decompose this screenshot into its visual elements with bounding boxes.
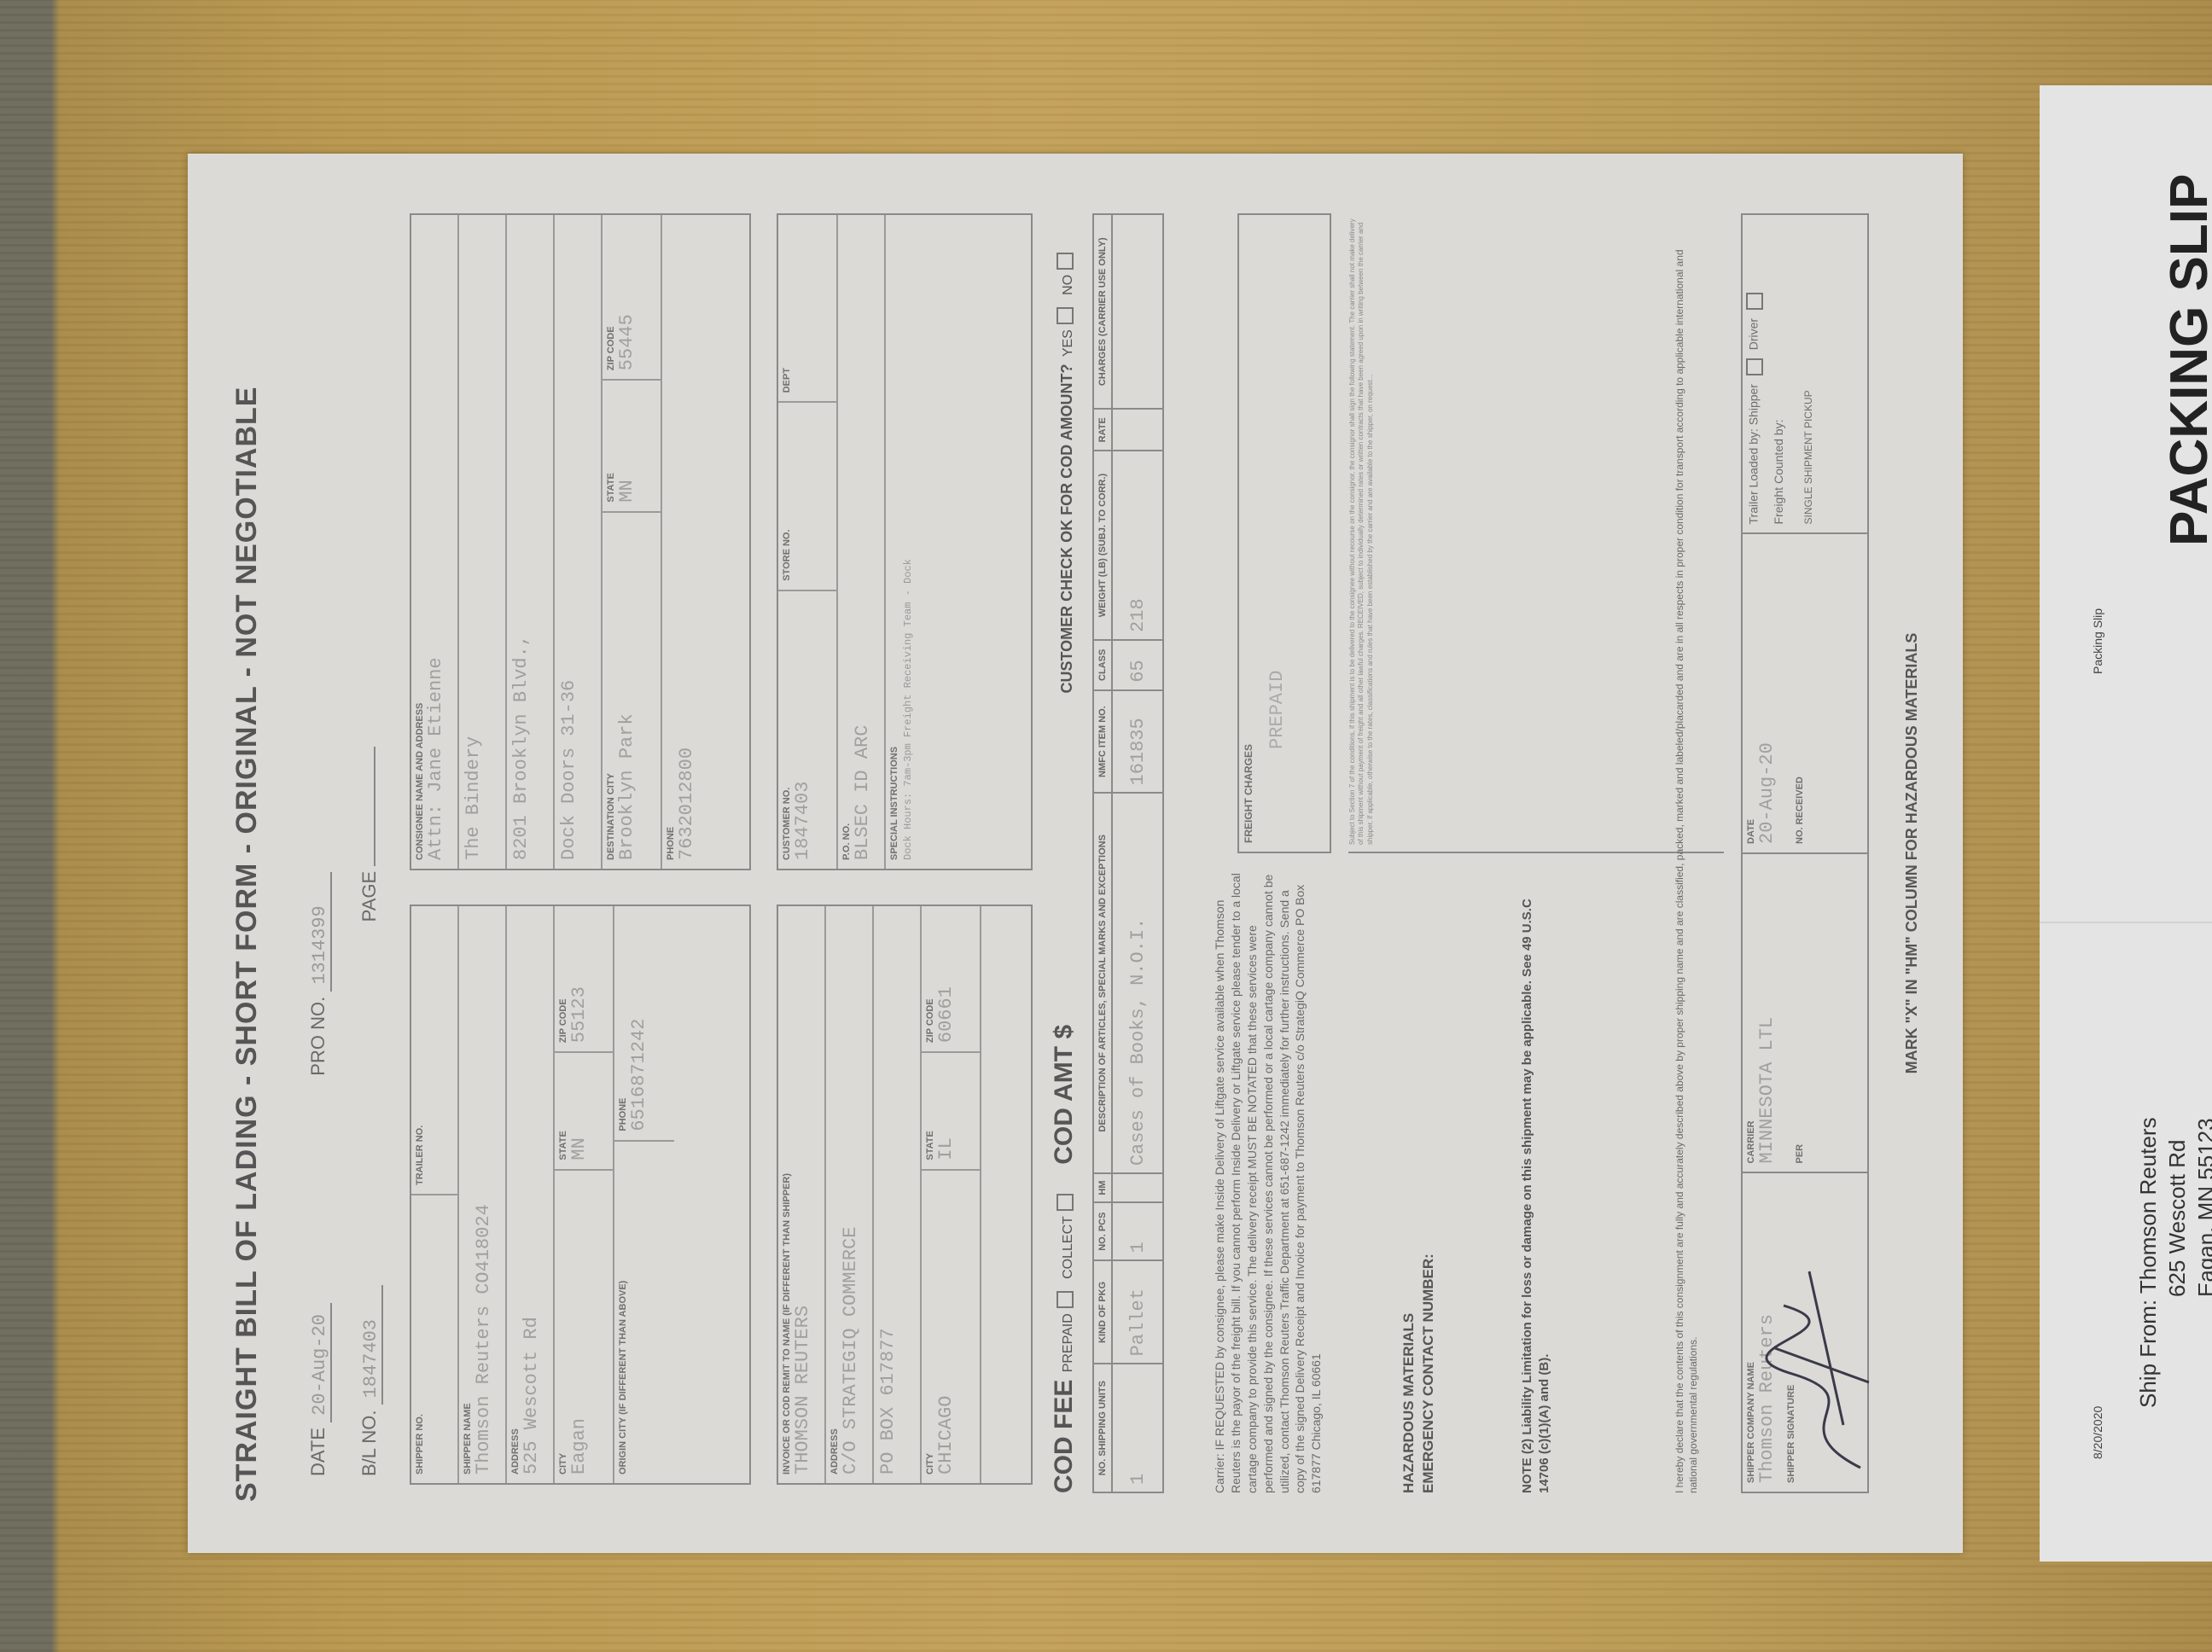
field-label: PHONE — [666, 224, 676, 860]
field-value: MN — [568, 1137, 590, 1160]
table-cell: 218 — [1112, 451, 1163, 640]
hazmat-label: HAZARDOUS MATERIALS EMERGENCY CONTACT NU… — [1400, 870, 1439, 1493]
field-value: Brooklyn Park — [616, 713, 637, 860]
packing-slip-header: Packing Slip — [2091, 608, 2104, 674]
field-value: 1847403 — [792, 782, 813, 860]
loaded-by-shipper-checkbox[interactable] — [1746, 358, 1763, 375]
field-value: C/O STRATEGIQ COMMERCE — [840, 1227, 861, 1475]
field-label: STORE NO. — [782, 411, 792, 580]
freight-charges-value: PREPAID — [1258, 215, 1296, 852]
field-value: THOMSON REUTERS — [792, 1306, 813, 1475]
date-row: DATE 20-Aug-20 PRO NO. 1314399 — [307, 872, 332, 1476]
packing-slip-sheet: Packing Slip PACKING SLIP 8/20/2020 Ship… — [2040, 85, 2212, 1562]
shipper-name: Thomson Reuters CO418024 — [473, 1204, 494, 1475]
customer-box: CUSTOMER NO.1847403 STORE NO. DEPT P.O. … — [777, 213, 1033, 870]
shipper-box: SHIPPER NO. TRAILER NO. SHIPPER NAMEThom… — [410, 905, 751, 1485]
field-label: PHONE — [618, 915, 628, 1131]
invoice-remit-box: INVOICE OR COD REMIT TO NAME (IF DIFFERE… — [777, 905, 1033, 1485]
field-label: ZIP CODE — [925, 915, 935, 1043]
field-label: PER — [1795, 863, 1805, 1164]
field-label: CONSIGNEE NAME AND ADDRESS — [415, 224, 425, 860]
table-cell: 1 — [1112, 1202, 1163, 1261]
field-label: STATE — [558, 1062, 568, 1160]
field-value: 6516871242 — [628, 1019, 649, 1131]
field-value: 60661 — [935, 986, 957, 1043]
hazmat-footer: MARK "X" IN "HM" COLUMN FOR HAZARDOUS MA… — [1903, 154, 1921, 1553]
cod-no-checkbox[interactable] — [1057, 253, 1074, 270]
field-label: STATE — [606, 389, 616, 502]
table-cell: 1 — [1112, 1364, 1163, 1492]
field-value: IL — [935, 1137, 957, 1160]
field-label: DESTINATION CITY — [606, 521, 616, 860]
column-header: NO. PCS — [1093, 1202, 1112, 1261]
field-label: ADDRESS — [829, 915, 840, 1475]
loaded-by-driver-checkbox[interactable] — [1746, 293, 1763, 310]
field-value: BLSEC ID ARC — [852, 725, 873, 860]
handwritten-signature — [1758, 1254, 1877, 1476]
prepaid-checkbox[interactable] — [1057, 1291, 1074, 1308]
field-label: ZIP CODE — [606, 224, 616, 370]
field-label: P.O. NO. — [841, 224, 852, 860]
pro-no-value: 1314399 — [309, 872, 332, 992]
bill-of-lading-sheet: STRAIGHT BILL OF LADING - SHORT FORM - O… — [188, 154, 1963, 1553]
field-value: CHICAGO — [935, 1396, 957, 1475]
items-table: NO. SHIPPING UNITSKIND OF PKGNO. PCSHMDE… — [1092, 213, 1164, 1493]
field-label: SHIPPER NAME — [463, 915, 473, 1475]
table-cell — [1112, 1173, 1163, 1202]
field-value: 55445 — [616, 314, 637, 370]
consignee-box: CONSIGNEE NAME AND ADDRESSAttn: Jane Eti… — [410, 213, 751, 870]
bl-no-value: 1847403 — [360, 1285, 383, 1405]
field-label: DATE — [1746, 544, 1756, 845]
table-cell: 65 — [1112, 640, 1163, 690]
column-header: DESCRIPTION OF ARTICLES, SPECIAL MARKS A… — [1093, 794, 1112, 1174]
liability-note: NOTE (2) Liability Limitation for loss o… — [1519, 870, 1554, 1493]
field-value: 8201 Brooklyn Blvd., — [510, 635, 532, 860]
table-cell: Pallet — [1112, 1260, 1163, 1364]
field-label: CARRIER — [1746, 863, 1756, 1164]
field-value: Eagan — [568, 1418, 590, 1475]
field-label: STATE — [925, 1062, 935, 1160]
freight-charges-box: FREIGHT CHARGES PREPAID — [1237, 213, 1331, 853]
packing-slip-date: 8/20/2020 — [2091, 1406, 2104, 1459]
carrier-name: MINNESOTA LTL — [1756, 863, 1778, 1164]
field-label: ADDRESS — [510, 915, 521, 1475]
field-value: Dock Doors 31-36 — [558, 680, 579, 860]
field-label: ZIP CODE — [558, 915, 568, 1043]
table-cell — [1112, 214, 1163, 409]
document-title: STRAIGHT BILL OF LADING - SHORT FORM - O… — [230, 387, 264, 1502]
field-value: MN — [616, 480, 637, 502]
field-value: 55123 — [568, 986, 590, 1043]
field-value: Attn: Jane Etienne — [425, 657, 446, 860]
cod-row: COD FEE PREPAID COLLECT COD AMT $ CUSTOM… — [1050, 213, 1079, 1493]
field-label: DEPT — [782, 224, 792, 393]
field-label: SHIPPER NO. — [415, 1204, 425, 1475]
field-label: SHIPPER COMPANY NAME — [1746, 1183, 1756, 1484]
inside-delivery-instructions: Carrier: IF REQUESTED by consignee, plea… — [1212, 870, 1324, 1493]
field-label: TRAILER NO. — [415, 915, 425, 1185]
field-value: 7632012800 — [676, 747, 697, 860]
column-header: CLASS — [1093, 640, 1112, 690]
date-value: 20-Aug-20 — [309, 1303, 332, 1422]
field-label: NO. RECEIVED — [1795, 544, 1805, 845]
page-value — [374, 747, 375, 866]
column-header: NO. SHIPPING UNITS — [1093, 1364, 1112, 1492]
field-label: CUSTOMER NO. — [782, 600, 792, 860]
column-header: WEIGHT (LB) (SUBJ. TO CORR.) — [1093, 451, 1112, 640]
table-cell: 161835 — [1112, 690, 1163, 794]
column-header: KIND OF PKG — [1093, 1260, 1112, 1364]
field-label: INVOICE OR COD REMIT TO NAME (IF DIFFERE… — [782, 915, 792, 1475]
field-value: PO BOX 617877 — [877, 1328, 899, 1475]
shipper-address: 525 Wescott Rd — [521, 1317, 542, 1475]
table-row: 1Pallet1Cases of Books, N.O.I.1618356521… — [1112, 214, 1163, 1492]
collect-checkbox[interactable] — [1057, 1194, 1074, 1211]
column-header: RATE — [1093, 409, 1112, 451]
packing-slip-title: PACKING SLIP — [2159, 174, 2212, 546]
certification-text: I hereby declare that the contents of th… — [1673, 213, 1700, 1493]
field-label: ORIGIN CITY (IF DIFFERENT THAN ABOVE) — [618, 1150, 628, 1475]
column-header: CHARGES (CARRIER USE ONLY) — [1093, 214, 1112, 409]
field-label: CITY — [925, 1179, 935, 1475]
field-label: CITY — [558, 1179, 568, 1475]
ship-from-address: Ship From: Thomson Reuters 625 Wescott R… — [2133, 1117, 2212, 1408]
terms-fine-print: Subject to Section 7 of the conditions, … — [1348, 213, 1724, 853]
bl-no-row: B/L NO. 1847403 PAGE — [358, 747, 383, 1476]
table-cell — [1112, 409, 1163, 451]
column-header: HM — [1093, 1173, 1112, 1202]
carrier-date: 20-Aug-20 — [1756, 544, 1778, 845]
column-header: NMFC ITEM NO. — [1093, 690, 1112, 794]
field-value: The Bindery — [463, 736, 484, 860]
table-cell: Cases of Books, N.O.I. — [1112, 794, 1163, 1174]
cod-yes-checkbox[interactable] — [1057, 307, 1074, 324]
field-label: SPECIAL INSTRUCTIONS — [889, 224, 899, 860]
